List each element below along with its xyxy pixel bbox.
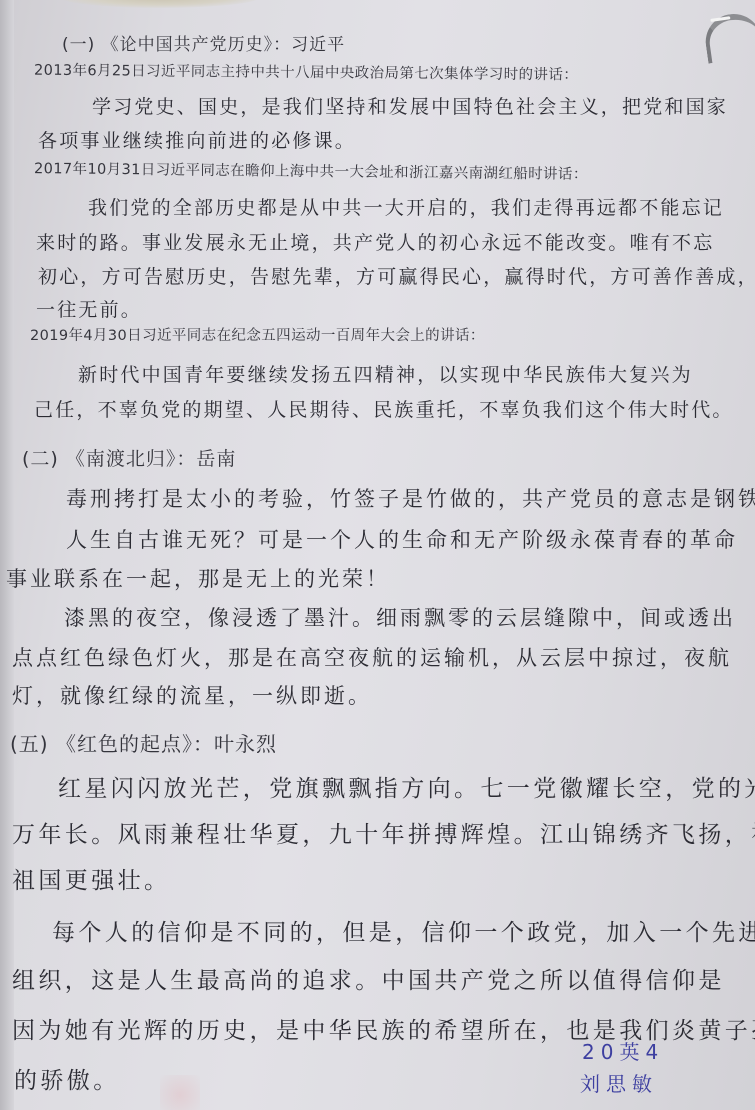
text-line: 灯，就像红绿的流星，一纵即逝。 — [12, 680, 372, 710]
text-line: 各项事业继续推向前进的必修课。 — [38, 126, 356, 153]
section-heading: (二) 《南渡北归》：岳南 — [22, 444, 236, 471]
text-line: 己任，不辜负党的期望、人民期待、民族重托，不辜负我们这个伟大时代。 — [34, 395, 734, 422]
section-heading: (一) 《论中国共产党历史》：习近平 — [62, 30, 345, 55]
text-line: 毒刑拷打是太小的考验，竹签子是竹做的，共产党员的意志是钢铁。 — [66, 483, 755, 513]
text-line: 新时代中国青年要继续发扬五四精神，以实现中华民族伟大复兴为 — [78, 360, 693, 387]
entry-intro: 2019年4月30日习近平同志在纪念五四运动一百周年大会上的讲话： — [30, 324, 485, 345]
text-line: 祖国更强壮。 — [12, 862, 170, 895]
page-edge — [0, 0, 14, 1110]
binder-ring-icon — [702, 10, 755, 63]
section-heading: (五) 《红色的起点》：叶永烈 — [10, 728, 277, 757]
text-line: 点点红色绿色灯火，那是在高空夜航的运输机，从云层中掠过，夜航 — [12, 642, 732, 672]
entry-intro: 2017年10月31日习近平同志在瞻仰上海中共一大会址和浙江嘉兴南湖红船时讲话： — [34, 157, 588, 184]
text-line: 漆黑的夜空，像浸透了墨汁。细雨飘零的云层缝隙中，间或透出 — [64, 602, 736, 632]
text-line: 每个人的信仰是不同的，但是，信仰一个政党，加入一个先进的 — [52, 914, 755, 947]
signature-name: 刘思敏 — [580, 1068, 658, 1097]
text-line: 学习党史、国史，是我们坚持和发展中国特色社会主义，把党和国家 — [92, 92, 728, 119]
paper-smudge — [160, 1075, 200, 1110]
text-line: 来时的路。事业发展永无止境，共产党人的初心永远不能改变。唯有不忘 — [36, 228, 714, 255]
text-line: 事业联系在一起，那是无上的光荣！ — [6, 563, 390, 593]
text-line: 万年长。风雨兼程壮华夏，九十年拼搏辉煌。江山锦绣齐飞扬，祝福 — [12, 816, 755, 849]
text-line: 组织，这是人生最高尚的追求。中国共产党之所以值得信仰是 — [12, 962, 725, 995]
signature-class: 20英4 — [582, 1036, 664, 1065]
top-shadow — [60, 0, 260, 8]
text-line: 一往无前。 — [36, 295, 142, 322]
entry-intro: 2013年6月25日习近平同志主持中共十八届中央政治局第七次集体学习时的讲话： — [34, 59, 578, 85]
text-line: 人生自古谁无死？可是一个人的生命和无产阶级永葆青春的革命 — [66, 524, 738, 554]
text-line: 的骄傲。 — [14, 1062, 120, 1095]
text-line: 红星闪闪放光芒，党旗飘飘指方向。七一党徽耀长空，党的光辉 — [58, 770, 755, 803]
text-line: 初心，方可告慰历史，告慰先辈，方可赢得民心，赢得时代，方可善作善成， — [38, 262, 755, 289]
text-line: 我们党的全部历史都是从中共一大开启的，我们走得再远都不能忘记 — [88, 193, 724, 220]
